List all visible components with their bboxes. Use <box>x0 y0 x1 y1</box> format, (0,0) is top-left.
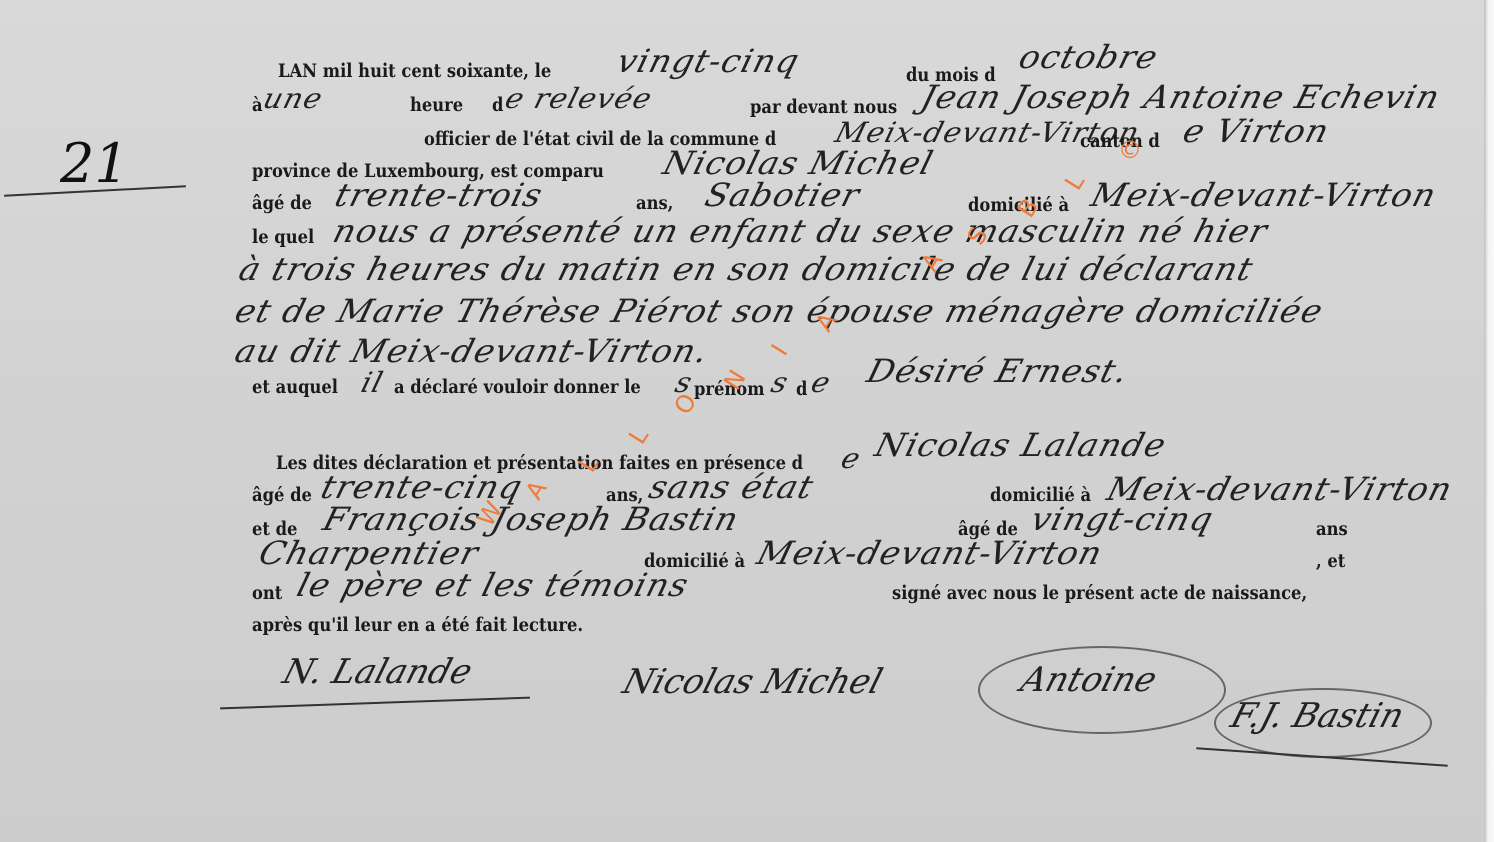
printed-signe: signé avec nous le présent acte de naiss… <box>892 582 1307 604</box>
hw-occupation: Sabotier <box>701 176 864 214</box>
hw-declarant-age: trente-trois <box>331 176 547 214</box>
printed-age-label-2: âgé de <box>252 484 312 506</box>
hw-witness2-domicile: Meix-devant-Virton <box>753 534 1107 572</box>
printed-ans-3: ans <box>1316 518 1348 540</box>
signature-bastin: F.J. Bastin <box>1226 696 1408 736</box>
hw-witness2-name: François Joseph Bastin <box>319 500 743 538</box>
hw-witness1-name: Nicolas Lalande <box>871 426 1171 464</box>
printed-declare: a déclaré vouloir donner le <box>394 376 641 398</box>
watermark-copyright: © <box>1118 136 1142 164</box>
hw-day: vingt-cinq <box>613 42 804 80</box>
hw-hour: une <box>260 82 327 115</box>
hw-month: octobre <box>1015 38 1163 76</box>
hw-child-names: Désiré Ernest. <box>863 352 1133 390</box>
hw-canton: e Virton <box>1179 112 1334 150</box>
printed-ans: ans, <box>636 192 673 214</box>
signature-lalande: N. Lalande <box>278 652 476 692</box>
margin-act-number: 21 <box>60 132 129 195</box>
hw-hour-period: e relevée <box>502 82 657 115</box>
hw-declarant-domicile: Meix-devant-Virton <box>1087 176 1441 214</box>
page-edge <box>1484 0 1494 842</box>
hw-signers: le père et les témoins <box>293 566 693 604</box>
printed-d2: d <box>796 378 807 400</box>
signature-antoine: Antoine <box>1016 660 1161 700</box>
printed-et: , et <box>1316 550 1345 572</box>
printed-hour-label: heure <box>410 94 463 116</box>
hw-body-line4: au dit Meix-devant-Virton. <box>231 332 713 370</box>
hw-witness2-age: vingt-cinq <box>1027 500 1218 538</box>
hw-body-line1: nous a présenté un enfant du sexe mascul… <box>329 212 1272 250</box>
printed-ont: ont <box>252 582 282 604</box>
hw-officer: Jean Joseph Antoine Echevin <box>917 78 1444 116</box>
printed-date-intro: LAN mil huit cent soixante, le <box>278 60 551 82</box>
hw-body-line2: à trois heures du matin en son domicile … <box>235 250 1258 288</box>
printed-lecture: après qu'il leur en a été fait lecture. <box>252 614 583 636</box>
signature-michel: Nicolas Michel <box>618 662 887 702</box>
hw-body-line3: et de Marie Thérèse Piérot son épouse mé… <box>231 292 1328 330</box>
printed-le-quel: le quel <box>252 226 314 248</box>
printed-et-auquel: et auquel <box>252 376 338 398</box>
printed-age-label: âgé de <box>252 192 312 214</box>
printed-par-devant: par devant nous <box>750 96 897 118</box>
